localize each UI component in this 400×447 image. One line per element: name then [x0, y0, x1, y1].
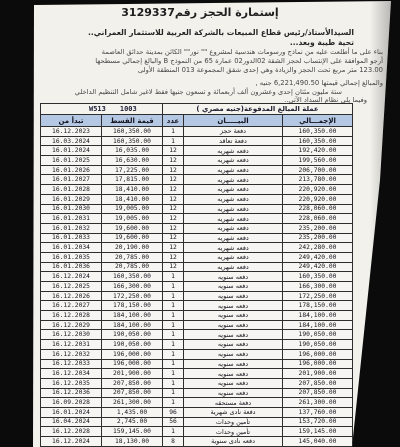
cell-start-date: 16.01.2031: [41, 214, 102, 224]
cell-installment-value: 20,190.00: [102, 243, 163, 253]
cell-start-date: 16.12.2028: [41, 427, 102, 437]
cell-description: دفعه نادى سنوية: [184, 437, 283, 447]
schedule-body: 16.12.2023160,350.001دفعة حجز160,350.001…: [41, 127, 353, 447]
cell-count: 12: [163, 262, 184, 272]
cell-start-date: 16.03.2024: [41, 136, 102, 146]
table-row: 16.12.2027178,150.001دفعه سنويه178,150.0…: [41, 301, 353, 311]
cell-start-date: 16.12.2024: [41, 272, 102, 282]
cell-description: دفعه شهريه: [184, 252, 283, 262]
cell-description: دفعه سنويه: [184, 291, 283, 301]
cell-total: 190,050.00: [283, 330, 353, 340]
cell-total: 145,040.00: [283, 437, 353, 447]
cell-start-date: 16.01.2025: [41, 156, 102, 166]
table-row: 16.01.203019,005.0012دفعه شهريه228,060.0…: [41, 204, 353, 214]
cell-installment-value: 1,435.00: [102, 407, 163, 417]
table-row: 16.12.2031190,050.001دفعه سنويه190,050.0…: [41, 340, 353, 350]
table-row: 16.12.2026172,250.001دفعه سنويه172,250.0…: [41, 291, 353, 301]
currency-code-row: W513 1003 عملة المبالغ المدفوعة(جنيه مصر…: [41, 104, 353, 115]
cell-start-date: 16.01.2032: [41, 223, 102, 233]
cell-start-date: 16.01.2035: [41, 252, 102, 262]
cell-description: دفعة مستحقه: [184, 398, 283, 408]
cell-installment-value: 184,100.00: [102, 320, 163, 330]
cell-count: 1: [163, 359, 184, 369]
cell-count: 1: [163, 398, 184, 408]
cell-description: تأمين وحدات: [184, 427, 283, 437]
cell-count: 1: [163, 311, 184, 321]
cell-count: 1: [163, 349, 184, 359]
cell-total: 199,560.00: [283, 156, 353, 166]
cell-start-date: 16.12.2024: [41, 437, 102, 447]
cell-installment-value: 160,350.00: [102, 272, 163, 282]
column-header-installment: قيمة القسط: [102, 115, 163, 127]
table-row: 16.01.202416,035.0012دفعه شهريه192,420.0…: [41, 146, 353, 156]
cell-description: دفعه سنويه: [184, 388, 283, 398]
table-row: 16.12.2035207,850.001دفعه سنويه207,850.0…: [41, 378, 353, 388]
cell-start-date: 16.12.2025: [41, 282, 102, 292]
cell-installment-value: 20,785.00: [102, 262, 163, 272]
table-row: 16.12.2023160,350.001دفعة حجز160,350.00: [41, 127, 353, 137]
cell-installment-value: 19,600.00: [102, 233, 163, 243]
body-line-1: بناء على ما أطلعت عليه من نماذج ورسومات …: [102, 48, 383, 56]
total-amount-line: والمبالغ إجمالي قيمتها 6,221,490.50 جنيه…: [255, 79, 383, 87]
table-row: 16.12.2032196,000.001دفعه سنويه196,000.0…: [41, 349, 353, 359]
table-row: 16.12.2034201,900.001دفعه سنويه201,900.0…: [41, 369, 353, 379]
cell-description: دفعه شهريه: [184, 185, 283, 195]
cell-installment-value: 16,035.00: [102, 146, 163, 156]
cell-count: 12: [163, 175, 184, 185]
cell-count: 1: [163, 282, 184, 292]
cell-installment-value: 17,815.00: [102, 175, 163, 185]
cell-start-date: 16.12.2028: [41, 311, 102, 321]
cell-start-date: 16.12.2031: [41, 340, 102, 350]
page-title: إستمارة الحجز رقم3129337: [0, 6, 400, 19]
table-row: 16.01.203420,190.0012دفعه شهريه242,280.0…: [41, 243, 353, 253]
cell-description: دفعه سنويه: [184, 282, 283, 292]
cell-installment-value: 160,350.00: [102, 127, 163, 137]
cell-count: 1: [163, 388, 184, 398]
cell-total: 166,300.00: [283, 282, 353, 292]
cell-count: 56: [163, 417, 184, 427]
cell-description: دفعه شهريه: [184, 233, 283, 243]
cell-total: 159,145.00: [283, 427, 353, 437]
cell-description: دفعه شهريه: [184, 223, 283, 233]
cell-installment-value: 261,300.00: [102, 398, 163, 408]
cell-count: 1: [163, 369, 184, 379]
table-row: 16.12.2030190,050.001دفعه سنويه190,050.0…: [41, 330, 353, 340]
cell-start-date: 16.01.2033: [41, 233, 102, 243]
cell-installment-value: 184,100.00: [102, 311, 163, 321]
cell-description: دفعه شهريه: [184, 146, 283, 156]
cell-installment-value: 159,145.00: [102, 427, 163, 437]
cell-start-date: 16.01.2026: [41, 165, 102, 175]
table-row: 16.01.202717,815.0012دفعه شهريه213,780.0…: [41, 175, 353, 185]
cell-description: دفعة تعاقد: [184, 136, 283, 146]
cell-total: 206,700.00: [283, 165, 353, 175]
cell-count: 1: [163, 301, 184, 311]
cell-installment-value: 190,050.00: [102, 330, 163, 340]
cell-count: 12: [163, 156, 184, 166]
cell-count: 12: [163, 214, 184, 224]
cell-count: 12: [163, 165, 184, 175]
table-row: 16.04.20242,745.0056تأمين وحدات153,720.0…: [41, 417, 353, 427]
cell-total: 242,280.00: [283, 243, 353, 253]
cell-total: 220,920.00: [283, 194, 353, 204]
cell-total: 228,060.00: [283, 204, 353, 214]
cell-total: 192,420.00: [283, 146, 353, 156]
cell-installment-value: 2,745.00: [102, 417, 163, 427]
cell-total: 160,350.00: [283, 127, 353, 137]
table-row: 16.12.2025166,300.001دفعه سنويه166,300.0…: [41, 282, 353, 292]
column-header-start-date: تبدأ من: [41, 115, 102, 127]
cell-installment-value: 207,850.00: [102, 388, 163, 398]
column-header-count: عدد: [163, 115, 184, 127]
table-row: 16.01.202918,410.0012دفعه شهريه220,920.0…: [41, 194, 353, 204]
body-line-2: أرجو الموافقة على الإنتساب لحجز الشقة 02…: [95, 57, 383, 65]
cell-total: 184,100.00: [283, 311, 353, 321]
table-row: 16.01.203119,005.0012دفعه شهريه228,060.0…: [41, 214, 353, 224]
cell-description: دفعه شهريه: [184, 156, 283, 166]
cell-start-date: 16.01.2030: [41, 204, 102, 214]
cell-description: دفعه سنويه: [184, 301, 283, 311]
cell-start-date: 16.09.2028: [41, 398, 102, 408]
table-row: 16.12.2028184,100.001دفعه سنويه184,100.0…: [41, 311, 353, 321]
cell-count: 8: [163, 437, 184, 447]
cell-installment-value: 201,900.00: [102, 369, 163, 379]
table-row: 16.01.203219,600.0012دفعه شهريه235,200.0…: [41, 223, 353, 233]
cell-description: تأمين وحدات: [184, 417, 283, 427]
code-w513: W513: [89, 105, 106, 113]
cell-total: 137,760.00: [283, 407, 353, 417]
cell-total: 235,200.00: [283, 223, 353, 233]
table-row: 16.01.203319,600.0012دفعه شهريه235,200.0…: [41, 233, 353, 243]
cell-installment-value: 166,300.00: [102, 282, 163, 292]
cell-description: دفعه شهريه: [184, 243, 283, 253]
cell-total: 160,350.00: [283, 272, 353, 282]
cell-description: دفعه شهريه: [184, 165, 283, 175]
cell-description: دفعه شهريه: [184, 214, 283, 224]
cell-total: 153,720.00: [283, 417, 353, 427]
table-row: 16.09.2028261,300.001دفعة مستحقه261,300.…: [41, 398, 353, 408]
cell-installment-value: 18,130.00: [102, 437, 163, 447]
table-header-row: تبدأ من قيمة القسط عدد البيـــــان الإجم…: [41, 115, 353, 127]
cell-count: 12: [163, 252, 184, 262]
cell-installment-value: 20,785.00: [102, 252, 163, 262]
cell-start-date: 16.04.2024: [41, 417, 102, 427]
cell-total: 172,250.00: [283, 291, 353, 301]
cell-description: دفعة نادى شهرية: [184, 407, 283, 417]
cell-installment-value: 196,000.00: [102, 359, 163, 369]
table-row: 16.12.2036207,850.001دفعه سنويه207,850.0…: [41, 388, 353, 398]
cell-start-date: 16.12.2032: [41, 349, 102, 359]
table-row: 16.01.203520,785.0012دفعه شهريه249,420.0…: [41, 252, 353, 262]
cell-count: 1: [163, 330, 184, 340]
cell-count: 1: [163, 291, 184, 301]
cell-installment-value: 160,350.00: [102, 136, 163, 146]
paper-sheet: إستمارة الحجز رقم3129337 السيدالأستاذ/رئ…: [0, 0, 400, 447]
cell-start-date: 16.12.2030: [41, 330, 102, 340]
code-cell: W513 1003: [41, 104, 163, 115]
cell-count: 1: [163, 340, 184, 350]
table-row: 16.12.202418,130.008دفعه نادى سنوية145,0…: [41, 437, 353, 447]
cell-installment-value: 178,150.00: [102, 301, 163, 311]
cell-total: 178,150.00: [283, 301, 353, 311]
cell-description: دفعه سنويه: [184, 272, 283, 282]
cell-description: دفعه سنويه: [184, 340, 283, 350]
table-row: 16.03.2024160,350.001دفعة تعاقد160,350.0…: [41, 136, 353, 146]
cell-count: 1: [163, 427, 184, 437]
cell-start-date: 16.12.2034: [41, 369, 102, 379]
cell-count: 12: [163, 243, 184, 253]
cell-installment-value: 172,250.00: [102, 291, 163, 301]
cell-installment-value: 17,225.00: [102, 165, 163, 175]
cell-description: دفعه شهريه: [184, 262, 283, 272]
cell-total: 160,350.00: [283, 136, 353, 146]
cell-count: 12: [163, 204, 184, 214]
cell-installment-value: 18,410.00: [102, 194, 163, 204]
table-row: 16.01.203620,785.0012دفعه شهريه249,420.0…: [41, 262, 353, 272]
cell-description: دفعه شهريه: [184, 175, 283, 185]
cell-description: دفعه سنويه: [184, 349, 283, 359]
cell-start-date: 16.12.2036: [41, 388, 102, 398]
cell-count: 12: [163, 194, 184, 204]
cell-installment-value: 18,410.00: [102, 185, 163, 195]
cell-installment-value: 19,600.00: [102, 223, 163, 233]
cell-total: 207,850.00: [283, 388, 353, 398]
cell-count: 96: [163, 407, 184, 417]
cell-start-date: 16.01.2024: [41, 407, 102, 417]
cell-count: 1: [163, 272, 184, 282]
cell-count: 1: [163, 127, 184, 137]
cell-total: 196,000.00: [283, 349, 353, 359]
cell-count: 12: [163, 146, 184, 156]
cell-total: 249,420.00: [283, 252, 353, 262]
cell-start-date: 16.01.2027: [41, 175, 102, 185]
cell-count: 1: [163, 136, 184, 146]
cell-total: 228,060.00: [283, 214, 353, 224]
cell-start-date: 16.12.2027: [41, 301, 102, 311]
currency-note: عملة المبالغ المدفوعة(جنيه مصري ): [163, 104, 353, 115]
cell-installment-value: 19,005.00: [102, 204, 163, 214]
cell-total: 249,420.00: [283, 262, 353, 272]
cell-installment-value: 207,850.00: [102, 378, 163, 388]
cell-total: 196,000.00: [283, 359, 353, 369]
cell-total: 235,200.00: [283, 233, 353, 243]
table-row: 16.01.202617,225.0012دفعه شهريه206,700.0…: [41, 165, 353, 175]
cell-count: 1: [163, 320, 184, 330]
cell-total: 184,100.00: [283, 320, 353, 330]
table-row: 16.12.2028159,145.001تأمين وحدات159,145.…: [41, 427, 353, 437]
cell-total: 213,780.00: [283, 175, 353, 185]
cell-description: دفعه سنويه: [184, 311, 283, 321]
cell-count: 12: [163, 233, 184, 243]
table-row: 16.01.202516,630.0012دفعه شهريه199,560.0…: [41, 156, 353, 166]
cell-installment-value: 19,005.00: [102, 214, 163, 224]
greeting-line: تحية طيبة وبعد...: [290, 38, 354, 47]
cell-total: 201,900.00: [283, 369, 353, 379]
cell-description: دفعه سنويه: [184, 330, 283, 340]
table-row: 16.01.202818,410.0012دفعه شهريه220,920.0…: [41, 185, 353, 195]
cell-count: 12: [163, 185, 184, 195]
column-header-total: الإجمـــالي: [283, 115, 353, 127]
body-line-3: 123.00 متر مربع تحت الحجز والزيادة وهي إ…: [138, 66, 383, 74]
cell-total: 207,850.00: [283, 378, 353, 388]
cell-installment-value: 196,000.00: [102, 349, 163, 359]
amount-in-words-line: ستة مليون مئتان إحدى وعشرون ألف أربعمائة…: [75, 88, 342, 96]
cell-start-date: 16.12.2033: [41, 359, 102, 369]
code-1003: 1003: [120, 105, 137, 113]
cell-count: 12: [163, 223, 184, 233]
table-row: 16.12.2029184,100.001دفعه سنويه184,100.0…: [41, 320, 353, 330]
scanned-reservation-form: إستمارة الحجز رقم3129337 السيدالأستاذ/رئ…: [0, 0, 400, 447]
cell-start-date: 16.12.2035: [41, 378, 102, 388]
cell-description: دفعة حجز: [184, 127, 283, 137]
column-header-description: البيـــــان: [184, 115, 283, 127]
cell-description: دفعه سنويه: [184, 369, 283, 379]
cell-description: دفعه سنويه: [184, 320, 283, 330]
cell-start-date: 16.01.2028: [41, 185, 102, 195]
cell-count: 1: [163, 378, 184, 388]
cell-description: دفعه سنويه: [184, 359, 283, 369]
table-row: 16.01.20241,435.0096دفعة نادى شهرية137,7…: [41, 407, 353, 417]
cell-total: 261,300.00: [283, 398, 353, 408]
cell-start-date: 16.12.2026: [41, 291, 102, 301]
cell-start-date: 16.12.2029: [41, 320, 102, 330]
cell-description: دفعه سنويه: [184, 378, 283, 388]
cell-total: 190,050.00: [283, 340, 353, 350]
cell-start-date: 16.12.2023: [41, 127, 102, 137]
cell-description: دفعه شهريه: [184, 194, 283, 204]
table-row: 16.12.2024160,350.001دفعه سنويه160,350.0…: [41, 272, 353, 282]
cell-start-date: 16.01.2034: [41, 243, 102, 253]
cell-description: دفعه شهريه: [184, 204, 283, 214]
salutation-line: السيدالأستاذ/رئيس قطاع المبيعات بالشركة …: [88, 28, 354, 37]
cell-start-date: 16.01.2029: [41, 194, 102, 204]
cell-start-date: 16.01.2024: [41, 146, 102, 156]
payment-schedule-table: W513 1003 عملة المبالغ المدفوعة(جنيه مصر…: [40, 103, 353, 447]
cell-start-date: 16.01.2036: [41, 262, 102, 272]
cell-installment-value: 190,050.00: [102, 340, 163, 350]
table-row: 16.12.2033196,000.001دفعه سنويه196,000.0…: [41, 359, 353, 369]
cell-total: 220,920.00: [283, 185, 353, 195]
cell-installment-value: 16,630.00: [102, 156, 163, 166]
